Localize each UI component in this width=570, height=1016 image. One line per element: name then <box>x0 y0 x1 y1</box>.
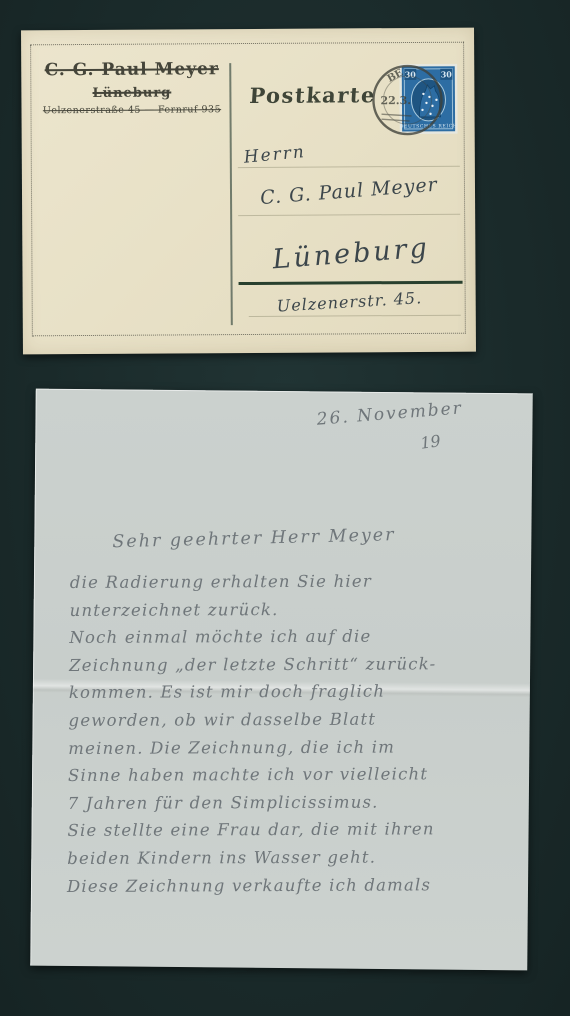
letterhead-name: C. G. Paul Meyer <box>39 59 224 80</box>
letter-salutation: Sehr geehrter Herr Meyer <box>112 525 396 552</box>
address-name: C. G. Paul Meyer <box>259 174 438 209</box>
letter-body: die Radierung erhalten Sie hier unterzei… <box>67 573 510 908</box>
letter-line: Diese Zeichnung verkaufte ich damals <box>67 875 507 905</box>
address-salutation: Herrn <box>243 142 307 168</box>
letter-line: beiden Kindern ins Wasser geht. <box>67 847 507 877</box>
postcard-divider-line <box>229 63 232 325</box>
letterhead-address-line: Uelzenerstraße 45 — Fernruf 935 <box>39 104 224 116</box>
address-green-rule <box>239 281 463 285</box>
handwritten-letter: 26. November 19 Sehr geehrter Herr Meyer… <box>30 389 533 971</box>
letter-line: 7 Jahren für den Simplicissimus. <box>68 792 508 822</box>
letter-line: die Radierung erhalten Sie hier <box>70 571 510 601</box>
letter-line: kommen. Es ist mir doch fraglich <box>69 681 509 711</box>
letter-line: geworden, ob wir dasselbe Blatt <box>68 709 508 739</box>
postmark-date: 22.3. <box>380 94 411 107</box>
scan-background: { "postcard": { "letterhead": { "name": … <box>0 0 570 1016</box>
address-guide-rule-2 <box>238 214 460 216</box>
letterhead-city: Lüneburg <box>39 85 224 101</box>
letter-line: Zeichnung „der letzte Schritt“ zurück- <box>69 654 509 684</box>
letter-line: Sie stellte eine Frau dar, die mit ihren <box>67 819 507 849</box>
address-guide-rule-3 <box>249 315 461 317</box>
postmark: BE 22.3. <box>367 60 447 140</box>
letter-line: unterzeichnet zurück. <box>70 599 510 629</box>
address-street: Uelzenerstr. 45. <box>276 288 422 315</box>
postkarte-label: Postkarte <box>249 82 377 108</box>
address-guide-rule-1 <box>238 166 460 168</box>
letter-line: Noch einmal möchte ich auf die <box>69 626 509 656</box>
letter-year: 19 <box>419 431 442 452</box>
postcard: C. G. Paul Meyer Lüneburg Uelzenerstraße… <box>21 28 476 355</box>
letter-line: meinen. Die Zeichnung, die ich im <box>68 737 508 767</box>
postmark-city: BE <box>386 67 406 84</box>
letter-date: 26. November <box>316 398 464 429</box>
postmark-cancel-lines <box>382 114 412 121</box>
letter-line: Sinne haben machte ich vor vielleicht <box>68 764 508 794</box>
address-city: Lüneburg <box>271 232 430 275</box>
postcard-letterhead: C. G. Paul Meyer Lüneburg Uelzenerstraße… <box>39 59 224 116</box>
